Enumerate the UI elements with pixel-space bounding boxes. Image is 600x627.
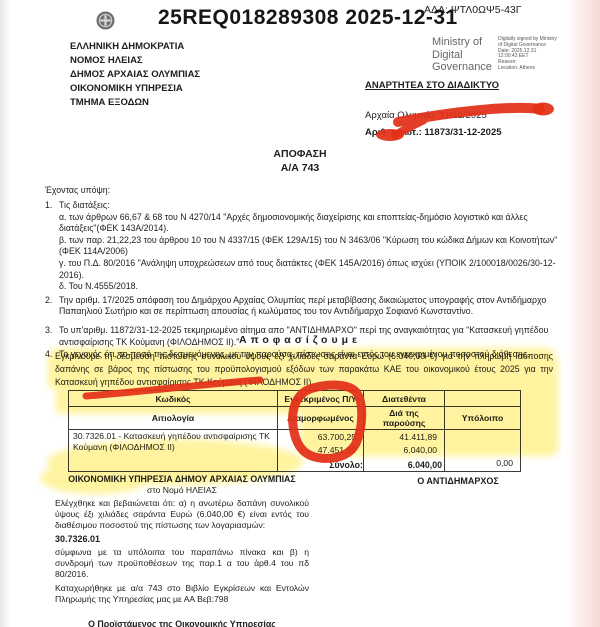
agency-line: ΟΙΚΟΝΟΜΙΚΗ ΥΠΗΡΕΣΙΑ — [70, 82, 200, 96]
code-description-cell: 30.7326.01 - Κατασκευή γηπέδου αντισφαίρ… — [69, 430, 278, 472]
col-header: Εγκεκριμένος Π/Υ — [278, 391, 364, 407]
finance-verification-block: ΟΙΚΟΝΟΜΙΚΗ ΥΠΗΡΕΣΙΑ ΔΗΜΟΥ ΑΡΧΑΙΑΣ ΟΛΥΜΠΙ… — [55, 474, 309, 627]
greek-emblem-icon — [96, 11, 115, 30]
anartitea-label: ΑΝΑΡΤΗΤΕΑ ΣΤΟ ΔΙΑΔΙΚΤΥΟ — [365, 80, 499, 91]
item-text: Την αριθμ. 17/2025 απόφαση του Δημάρχου … — [59, 295, 561, 318]
digital-signature-block: Digitally signed by Ministry of Digital … — [498, 37, 557, 72]
scan-edge-right — [566, 0, 600, 627]
col-header: Υπόλοιπο — [445, 407, 521, 430]
signer-left-title: Ο Προϊστάμενος της Οικονομικής Υπηρεσίας — [55, 619, 309, 627]
resolution-heading: Αποφασίζουμε — [0, 334, 600, 346]
col-header: Διαμορφωμένος — [278, 407, 364, 430]
agency-line: ΝΟΜΟΣ ΗΛΕΙΑΣ — [70, 54, 200, 68]
scan-edge-left — [0, 0, 10, 627]
col-header: Κωδικός — [69, 391, 278, 407]
sub-item: β. των παρ. 21,22,23 του άρθρου 10 του Ν… — [59, 235, 561, 258]
registration-paragraph: Καταχωρήθηκε με α/α 743 στο Βιβλίο Εγκρί… — [55, 583, 309, 605]
conditions-paragraph: σύμφωνα με τα υπόλοιπα του παραπάνω πίνα… — [55, 547, 309, 580]
item-text: Τις διατάξεις: — [59, 200, 561, 212]
agency-line: ΕΛΛΗΝΙΚΗ ΔΗΜΟΚΡΑΤΙΑ — [70, 40, 200, 54]
sub-item: α. των άρθρων 66,67 & 68 του Ν 4270/14 "… — [59, 212, 561, 235]
ministry-label: Ministry of Digital Governance — [432, 36, 492, 74]
ada-code: ΑΔΑ: ΨΤΛ0ΩΨ5-43Γ — [424, 4, 522, 16]
agency-line: ΤΜΗΜΑ ΕΞΟΔΩΝ — [70, 96, 200, 110]
total-label: Σύνολο: — [277, 460, 363, 470]
place-date: Αρχαία Ολυμπία, 31/12/2025 — [365, 110, 487, 121]
resolution-paragraph: Εγκρίνουμε τη δέσμευση πίστωσης συνολικο… — [55, 350, 553, 388]
protocol-number: Αριθ. πρωτ.: 11873/31-12-2025 — [365, 127, 502, 138]
decision-title: ΑΠΟΦΑΣΗ — [0, 148, 600, 160]
having-regard-label: Έχοντας υπόψη: — [45, 185, 110, 197]
sub-item: δ. Του Ν.4555/2018. — [59, 281, 561, 293]
document-page: 25REQ018289308 2025-12-31 ΑΔΑ: ΨΤΛ0ΩΨ5-4… — [0, 0, 600, 627]
agency-line: ΔΗΜΟΣ ΑΡΧΑΙΑΣ ΟΛΥΜΠΙΑΣ — [70, 68, 200, 82]
col-header: Αιτιολογία — [69, 407, 278, 430]
col-header: Διατεθέντα — [364, 391, 445, 407]
agency-block: ΕΛΛΗΝΙΚΗ ΔΗΜΟΚΡΑΤΙΑ ΝΟΜΟΣ ΗΛΕΙΑΣ ΔΗΜΟΣ Α… — [70, 40, 200, 110]
sub-item: γ. του Π.Δ. 80/2016 "Ανάληψη υποχρεώσεων… — [59, 258, 561, 281]
finance-dept-title: ΟΙΚΟΝΟΜΙΚΗ ΥΠΗΡΕΣΙΑ ΔΗΜΟΥ ΑΡΧΑΙΑΣ ΟΛΥΜΠΙ… — [55, 474, 309, 484]
list-item: 2. Την αριθμ. 17/2025 απόφαση του Δημάρχ… — [45, 295, 561, 318]
verification-paragraph: Ελέγχθηκε και βεβαιώνεται ότι: α) η ανωτ… — [55, 498, 309, 531]
list-item: 1. Τις διατάξεις: α. των άρθρων 66,67 & … — [45, 200, 561, 293]
total-value: 6.040,00 — [363, 460, 442, 470]
col-header — [445, 391, 521, 407]
signer-right-title: Ο ΑΝΤΙΔΗΜΑΡΧΟΣ — [388, 476, 528, 486]
prefecture-line: στο Νομό ΗΛΕΙΑΣ — [55, 485, 309, 495]
req-number-title: 25REQ018289308 2025-12-31 — [158, 6, 458, 30]
account-code: 30.7326.01 — [55, 534, 309, 544]
decision-number: Α/Α 743 — [0, 162, 600, 174]
red-blob-date-end — [532, 103, 554, 116]
col-header: Διά της παρούσης — [364, 407, 445, 430]
balance-cell: 0,00 — [445, 430, 521, 472]
